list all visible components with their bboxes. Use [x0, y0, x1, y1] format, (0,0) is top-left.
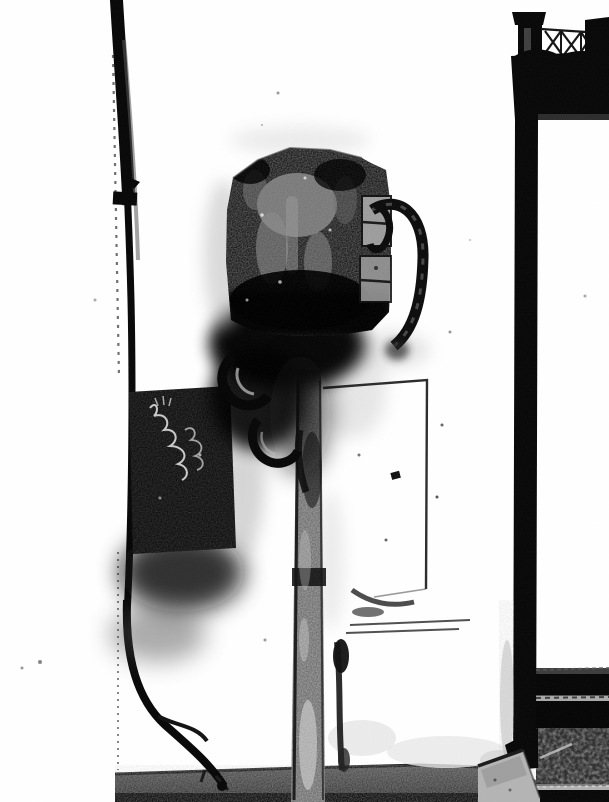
photo-svg: High-contrast black and white photograph…: [0, 0, 609, 802]
film-grain-overlay: [0, 0, 609, 802]
photo-canvas: High-contrast black and white photograph…: [0, 0, 609, 802]
